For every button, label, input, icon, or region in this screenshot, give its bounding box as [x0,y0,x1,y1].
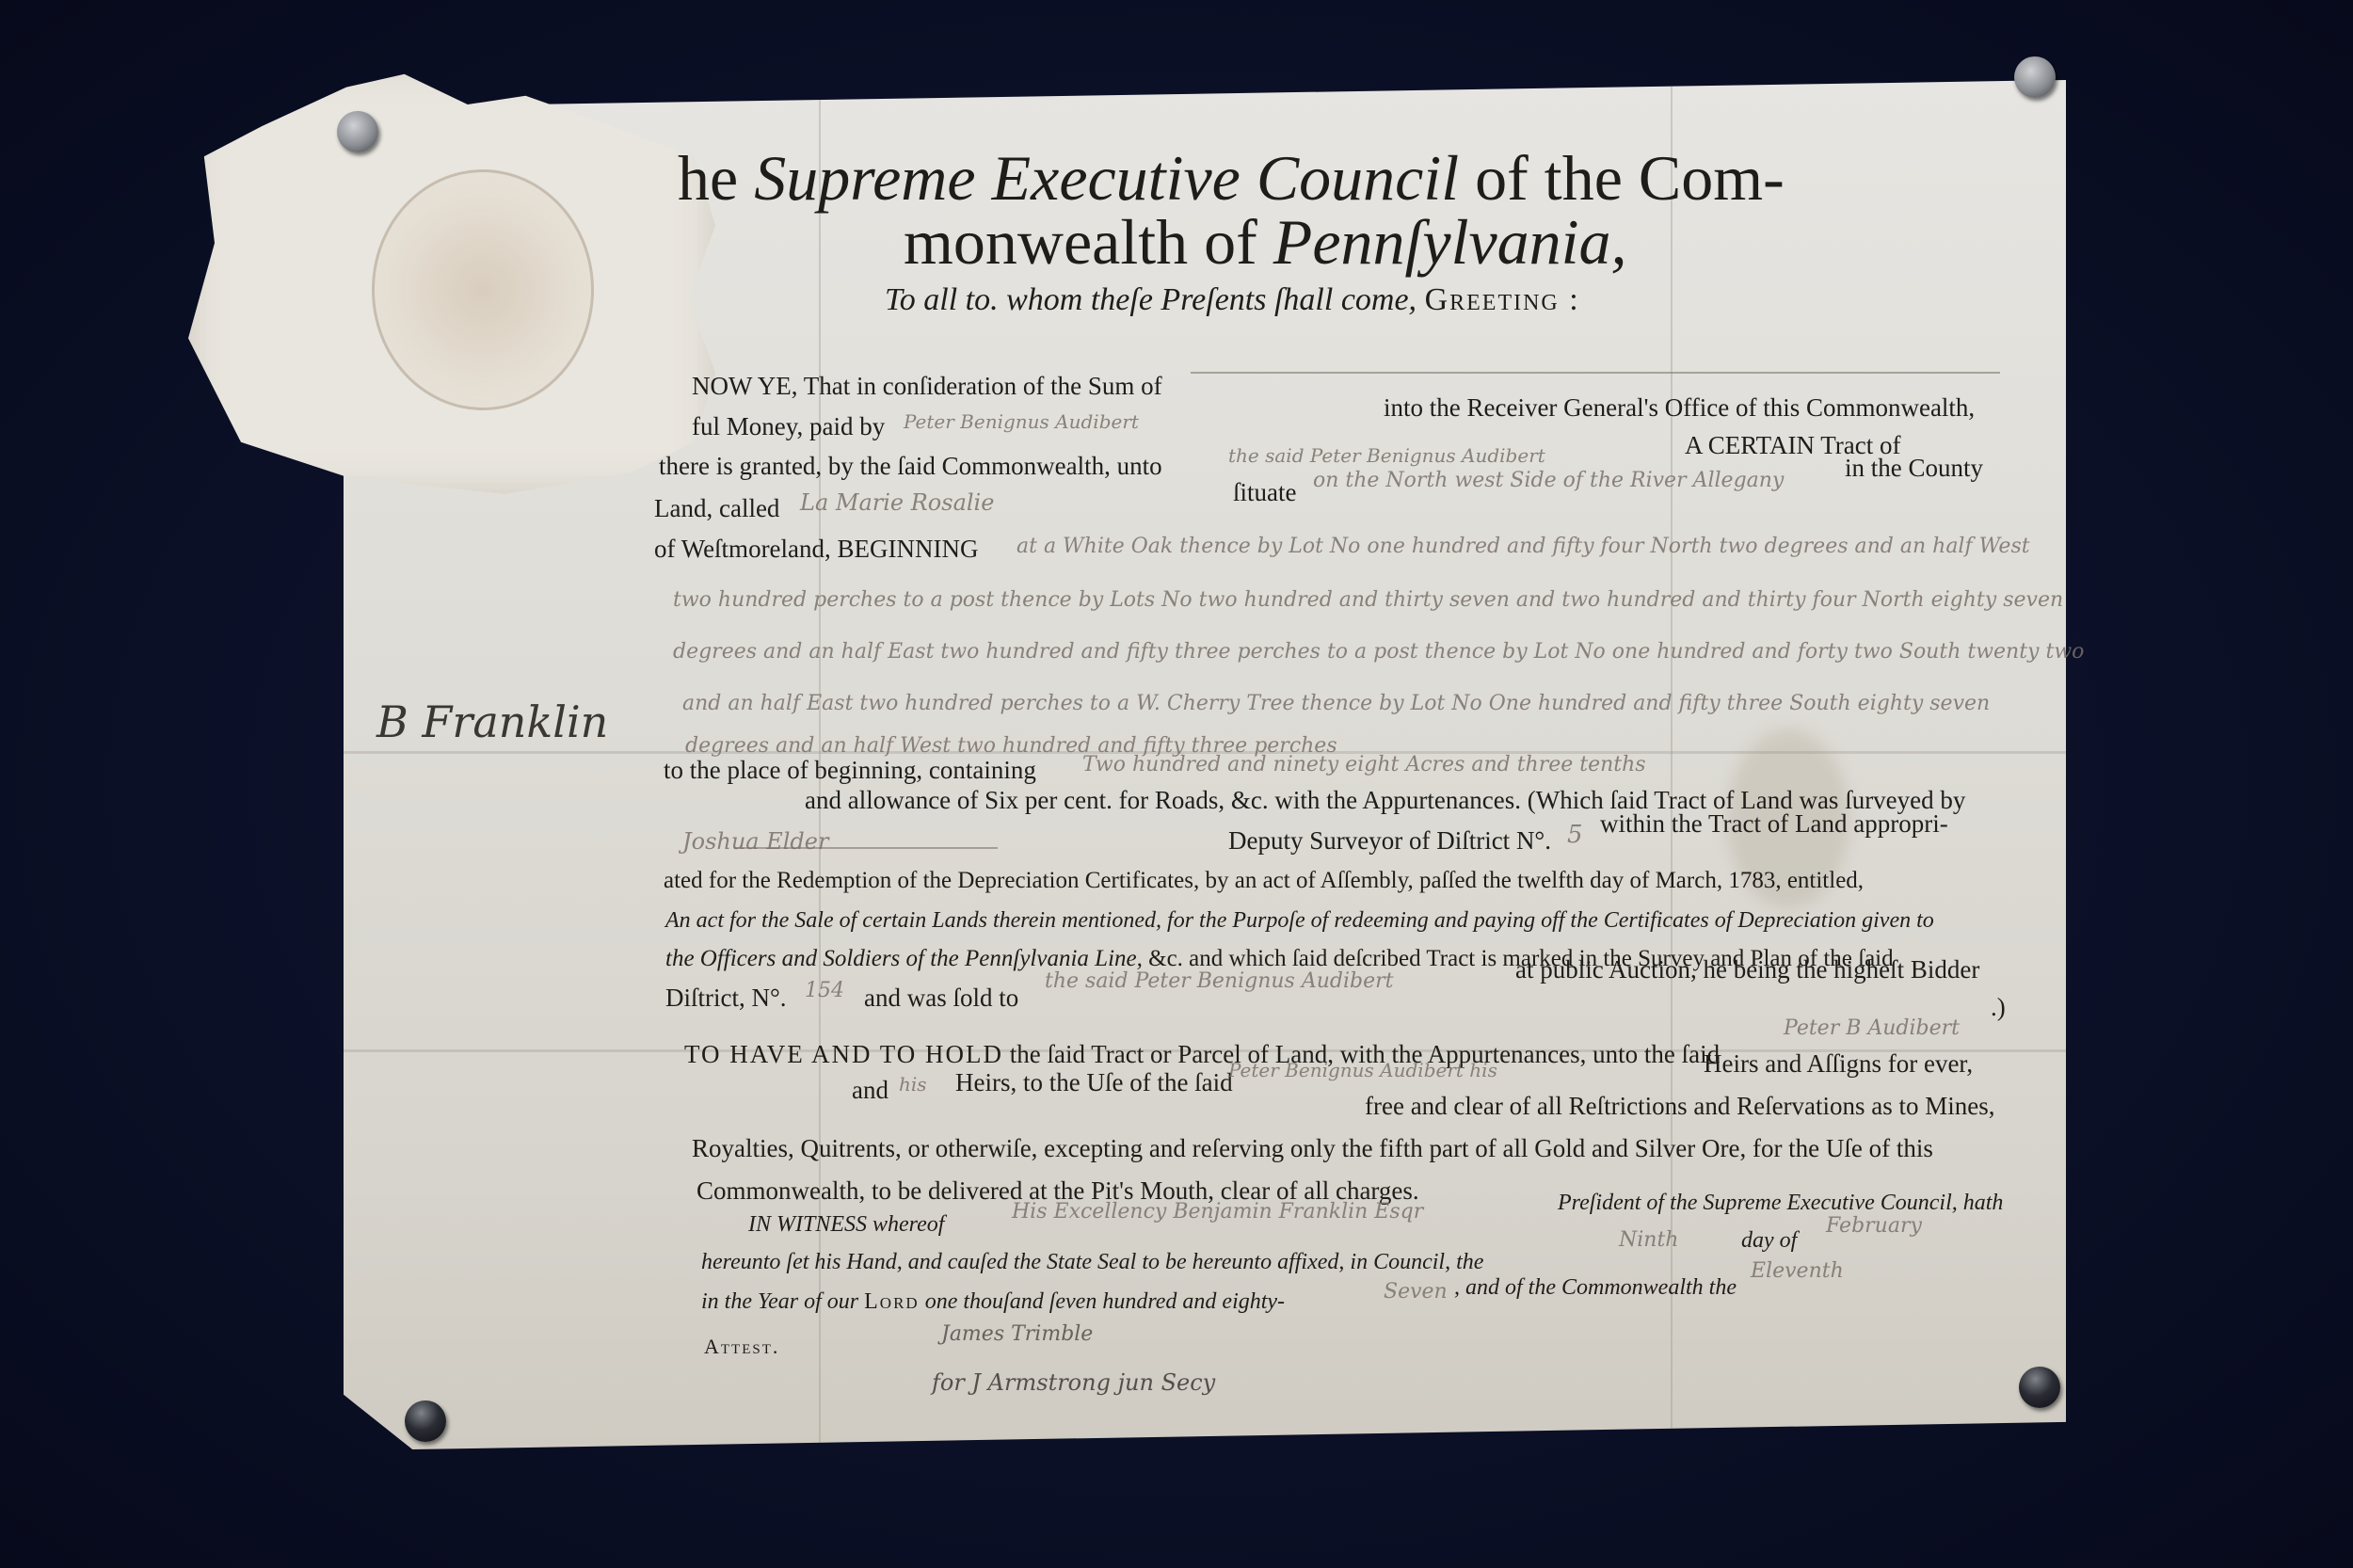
magnet-icon [2019,1367,2060,1408]
line-granted: there is granted, by the ſaid Commonweal… [659,452,1162,481]
printed-text: ſituate [1233,478,1296,507]
handwritten-bounds: at a White Oak thence by Lot No one hund… [1016,535,2030,558]
printed-text: Heirs, to the Uſe of the ſaid [955,1068,1233,1097]
line-habendum: TO HAVE AND TO HOLD the ſaid Tract or Pa… [684,1040,1720,1069]
title-prefix: he [678,142,738,214]
handwritten-acreage: Two hundred and ninety eight Acres and t… [1082,753,1646,776]
title-italic: Supreme Executive Council [754,142,1459,214]
line-containing: to the place of beginning, containing [664,756,1036,785]
line-act-title: An act for the Sale of certain Lands the… [665,908,1934,934]
printed-text: .) [1991,993,2006,1022]
handwritten-text: his [899,1073,927,1096]
handwritten-buyer: the said Peter Benignus Audibert [1045,969,1393,993]
printed-text: in the County [1845,454,1983,483]
magnet-icon [405,1400,446,1442]
printed-italic: in the Year of our [701,1289,858,1314]
line-free-clear: free and clear of all Reſtrictions and R… [1365,1092,1995,1121]
handwritten-day: Ninth [1619,1228,1678,1252]
document-title-line-2: monwealth of Pennſylvania, [904,205,1627,280]
handwritten-grantee: Peter Benignus Audibert [904,410,1139,433]
printed-italic: whereof [872,1212,944,1237]
printed-italic: , and of the Commonwealth the [1454,1275,1737,1301]
line-act: ated for the Redemption of the Depreciat… [664,868,1864,894]
printed-text: Heirs and Aſſigns for ever, [1704,1049,1973,1079]
handwritten-surveyor: Joshua Elder [682,828,828,855]
handwritten-bounds: two hundred perches to a post thence by … [673,588,2063,612]
magnet-icon [2014,56,2056,98]
line-witness: IN WITNESS whereof [748,1212,944,1238]
handwritten-location: on the North west Side of the River Alle… [1313,469,1784,492]
printed-italic: the Officers and Soldiers of the Pennſyl… [665,946,1143,971]
line-hand-seal: hereunto ſet his Hand, and cauſed the St… [701,1250,1483,1275]
secretary-signature: for J Armstrong jun Secy [932,1369,1215,1396]
handwritten-grantee: Peter Benignus Audibert his [1228,1059,1497,1081]
line-know-ye: NOW YE, That in conſideration of the Sum… [692,372,1162,401]
printed-italic: day of [1741,1228,1797,1254]
handwritten-month: February [1826,1214,1922,1238]
handwritten-grantee: Peter B Audibert [1784,1016,1960,1040]
handwritten-district-no: 154 [805,979,844,1002]
attest-label: Attest. [704,1335,779,1359]
attest-signature: James Trimble [941,1322,1093,1346]
printed-text: ful Money, paid by [692,412,885,440]
handwritten-grantee: the said Peter Benignus Audibert [1228,444,1545,467]
printed-italic: one thouſand ſeven hundred and eighty- [925,1289,1285,1314]
printed-text: at public Auction, he being the higheſt … [1515,955,1979,984]
line-district: Diſtrict, N°. [665,984,787,1013]
printed-caps: IN WITNESS [748,1212,867,1237]
state-seal-emboss [372,169,594,410]
line-land-called: Land, called [654,494,779,523]
line-beginning: of Weſtmoreland, BEGINNING [654,535,979,564]
handwritten-bounds: and an half East two hundred perches to … [682,692,1990,715]
printed-text: and [852,1076,888,1105]
line-royalties: Royalties, Quitrents, or otherwiſe, exce… [692,1134,1933,1163]
handwritten-tract-name: La Marie Rosalie [800,489,994,516]
handwritten-district: 5 [1567,821,1583,849]
handwritten-year-commonwealth: Eleventh [1751,1259,1844,1283]
blank-rule [734,847,998,849]
printed-text: into the Receiver General's Office of th… [1384,393,1975,423]
printed-text: within the Tract of Land appropri- [1600,809,1948,839]
title-suffix: of the Com- [1475,142,1785,214]
printed-caps: TO HAVE AND TO HOLD [684,1040,1003,1068]
printed-caps: Lord [864,1289,920,1314]
title-italic: Pennſylvania, [1273,206,1627,278]
printed-text: and was ſold to [864,984,1018,1013]
greeting-caps: Greeting : [1425,282,1580,317]
line-year: in the Year of our Lord one thouſand ſev… [701,1289,1285,1315]
printed-text: Deputy Surveyor of Diſtrict N°. [1228,826,1551,856]
handwritten-president: His Excellency Benjamin Franklin Esqr [1012,1200,1423,1224]
blank-rule [1191,372,2000,374]
line-paid-by: ful Money, paid by [692,412,885,441]
handwritten-year: Seven [1384,1280,1448,1304]
franklin-signature: B Franklin [376,696,608,747]
magnet-icon [337,111,378,152]
greeting-italic: To all to. whom theſe Preſents ſhall com… [885,282,1417,317]
greeting: To all to. whom theſe Preſents ſhall com… [885,282,1580,318]
title-prefix: monwealth of [904,206,1257,278]
printed-italic: Preſident of the Supreme Executive Counc… [1558,1191,2003,1216]
handwritten-bounds: degrees and an half East two hundred and… [673,640,2084,664]
